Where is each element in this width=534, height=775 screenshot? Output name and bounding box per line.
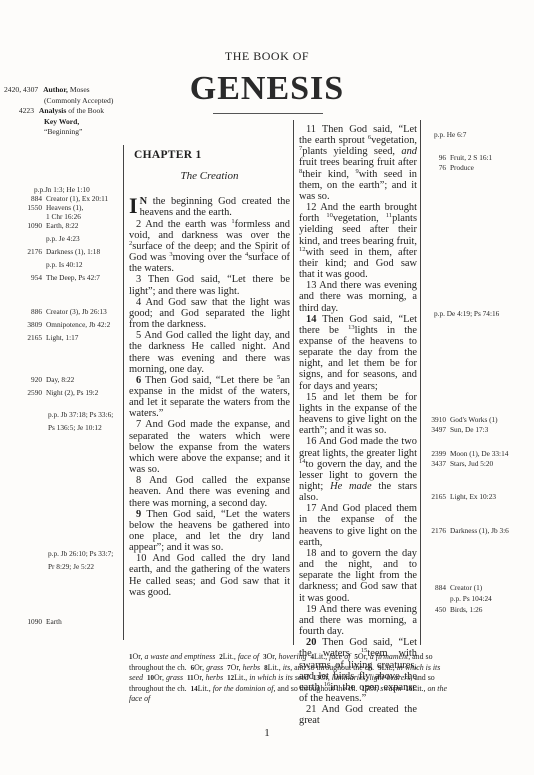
- intro-analysis: 4223 Analysis of the Book: [4, 106, 113, 117]
- left-column-rule: [123, 145, 124, 640]
- footnote-text: Or,: [194, 673, 206, 682]
- intro-keyword: Key Word,: [4, 117, 113, 128]
- footnote-number: 14: [191, 685, 198, 693]
- intro-author: 2420, 4307 Author, Moses: [4, 85, 113, 96]
- margin-note: 3497Sun, De 17:3: [420, 425, 488, 435]
- footnote: 4Lit., face of: [311, 652, 351, 661]
- verse-6: 6 Then God said, “Let there be 5an expan…: [129, 375, 290, 420]
- margin-note: p.p. Jb 37:18; Ps 33:6;: [48, 410, 113, 420]
- verse-text: vegetation,: [333, 213, 386, 224]
- note-text: Stars, Jud 5:20: [450, 459, 493, 468]
- footnote: 15Or, swarm: [361, 684, 401, 693]
- verse-text: 2 And the earth was: [136, 219, 231, 230]
- footnote: 3Or, hovering: [263, 652, 307, 661]
- topic-number: 2420, 4307: [4, 85, 41, 96]
- note-text: Darkness (1), 1:18: [46, 247, 100, 256]
- footnote-text: Or,: [267, 652, 279, 661]
- note-text: Ps 136:5; Je 10:12: [48, 423, 102, 432]
- footnotes: 1Or, a waste and emptiness 2Lit., face o…: [129, 652, 449, 705]
- verse-text: plants yielding seed,: [302, 146, 401, 157]
- drop-cap-rest: N: [140, 196, 148, 207]
- topic-number: 450: [420, 605, 450, 615]
- note-text: p.p. Jb 37:18; Ps 33:6;: [48, 410, 113, 419]
- topic-number: 76: [420, 163, 450, 173]
- page-number: 1: [0, 727, 534, 739]
- book-intro: 2420, 4307 Author, Moses (Commonly Accep…: [4, 85, 113, 138]
- topic-number: 920: [4, 375, 46, 385]
- drop-cap: I: [129, 198, 138, 214]
- margin-note: 954The Deep, Ps 42:7: [4, 273, 100, 283]
- margin-note: 2176Darkness (1), 1:18: [4, 247, 100, 257]
- note-text: Light, Ex 10:23: [450, 492, 496, 501]
- margin-note: 2590Night (2), Ps 19:2: [4, 388, 98, 398]
- verse-2: 2 And the earth was 1formless and void, …: [129, 219, 290, 275]
- book-of-heading: THE BOOK OF: [0, 49, 534, 64]
- topic-number: 96: [420, 153, 450, 163]
- footnote-text: Or,: [133, 652, 145, 661]
- footnote-text: Or,: [154, 673, 166, 682]
- note-text: Sun, De 17:3: [450, 425, 488, 434]
- verse-text: with seed in them, after their kind; and…: [299, 247, 417, 280]
- footnote-number: 13: [313, 674, 320, 682]
- verse-21: 21 And God created the great: [299, 704, 417, 726]
- footnote-text: Or,: [358, 652, 370, 661]
- center-column-rule: [293, 120, 294, 645]
- note-text: p.p. Is 40:12: [46, 260, 83, 269]
- footnote: 10Or, grass: [147, 673, 183, 682]
- footnote-italic: hovering: [279, 652, 307, 661]
- verse-18: 18 and to govern the day and the night, …: [299, 548, 417, 604]
- footnote-italic: face of: [238, 652, 259, 661]
- margin-note: 96Fruit, 2 S 16:1: [420, 153, 492, 163]
- margin-note: p.p. He 6:7: [434, 130, 466, 140]
- margin-note: 920Day, 8:22: [4, 375, 74, 385]
- note-text: p.p. Ps 104:24: [450, 594, 492, 603]
- footnote-italic: grass: [166, 673, 183, 682]
- verse-text: vegetation,: [371, 135, 417, 146]
- note-text: p.p. He 6:7: [434, 130, 466, 139]
- note-text: Heavens (1),: [46, 203, 83, 212]
- intro-label: Analysis: [39, 106, 66, 117]
- margin-note: 76Produce: [420, 163, 474, 173]
- footnote-text: Lit.,: [223, 652, 238, 661]
- margin-note: 2176Darkness (1), Jb 3:6: [420, 526, 509, 536]
- margin-note: p.p. De 4:19; Ps 74:16: [434, 309, 499, 319]
- margin-note: 450Birds, 1:26: [420, 605, 482, 615]
- margin-note: p.p. Jb 26:10; Ps 33:7;: [48, 549, 113, 559]
- topic-number: 884: [420, 583, 450, 593]
- intro-text: (Commonly Accepted): [44, 96, 113, 107]
- verse-10: 10 And God called the dry land earth, an…: [129, 553, 290, 598]
- footnote-italic: a waste and emptiness: [144, 652, 215, 661]
- italic-word: and: [401, 146, 417, 157]
- footnote-text: Or,: [194, 663, 206, 672]
- margin-note: p.p. Ps 104:24: [450, 594, 492, 604]
- topic-number: 2399: [420, 449, 450, 459]
- footnote-text: Lit.,: [234, 673, 249, 682]
- topic-number: 954: [4, 273, 46, 283]
- topic-number: 1550: [4, 203, 46, 213]
- footnote-text: Or,: [320, 673, 332, 682]
- note-text: God's Works (1): [450, 415, 498, 424]
- margin-note: 1090Earth: [4, 617, 62, 627]
- topic-number: 2165: [4, 333, 46, 343]
- footnote: 7Or, herbs: [227, 663, 260, 672]
- note-text: Omnipotence, Jb 42:2: [46, 320, 110, 329]
- verse-text: their kind,: [302, 169, 355, 180]
- verse-11: 11 Then God said, “Let the earth sprout …: [299, 124, 417, 202]
- footnote-text: Or,: [368, 684, 380, 693]
- verse-text: Then God said, “Let there be: [141, 375, 277, 386]
- section-heading: The Creation: [129, 171, 290, 182]
- margin-note: p.p. Je 4:23: [46, 234, 80, 244]
- note-text: Fruit, 2 S 16:1: [450, 153, 492, 162]
- text-column-1: CHAPTER 1 The Creation IN the beginning …: [129, 150, 290, 598]
- margin-note: 2165Light, 1:17: [4, 333, 78, 343]
- note-text: Moon (1), De 33:14: [450, 449, 508, 458]
- verse-13: 13 And there was evening and there was m…: [299, 280, 417, 313]
- margin-note: 886Creator (3), Jb 26:13: [4, 307, 107, 317]
- footnote-text: Lit.,: [314, 652, 329, 661]
- footnote: 14Lit., for the dominion of, and so thro…: [191, 684, 358, 693]
- verse-16: 16 And God made the two great lights, th…: [299, 436, 417, 503]
- verse-8: 8 And God called the expanse heaven. And…: [129, 475, 290, 508]
- footnote-italic: face of: [329, 652, 350, 661]
- intro-text: of the Book: [68, 106, 104, 117]
- text-column-2: 11 Then God said, “Let the earth sprout …: [299, 124, 417, 726]
- verse-7: 7 And God made the expanse, and separate…: [129, 419, 290, 475]
- verse-number: 14: [306, 314, 316, 325]
- footnote-text: , and so throughout the ch.: [290, 663, 374, 672]
- verse-text: the beginning God created the heavens an…: [140, 196, 290, 218]
- note-text: Day, 8:22: [46, 375, 74, 384]
- note-text: Creator (1): [450, 583, 482, 592]
- footnote-number: 11: [187, 674, 194, 682]
- chapter-heading: CHAPTER 1: [134, 150, 290, 161]
- margin-note: 3910God's Works (1): [420, 415, 498, 425]
- footnote-italic: herbs: [243, 663, 261, 672]
- footnote-text: Lit.,: [382, 663, 397, 672]
- topic-number: 3497: [420, 425, 450, 435]
- verse-19: 19 And there was evening and there was m…: [299, 604, 417, 637]
- intro-label: Author,: [43, 85, 68, 96]
- verse-15: 15 and let them be for lights in the exp…: [299, 392, 417, 437]
- topic-number: 2590: [4, 388, 46, 398]
- footnote: 11Or, herbs: [187, 673, 223, 682]
- title-rule: [213, 113, 323, 114]
- note-text: p.p. Jb 26:10; Ps 33:7;: [48, 549, 113, 558]
- verse-3: 3 Then God said, “Let there be light”; a…: [129, 274, 290, 296]
- margin-note: 3809Omnipotence, Jb 42:2: [4, 320, 110, 330]
- verse-14: 14 Then God said, “Let there be 13lights…: [299, 314, 417, 392]
- footnote-italic: a firmament: [370, 652, 408, 661]
- footnote-text: , and so throughout the ch.: [273, 684, 357, 693]
- margin-note: 884Creator (1): [420, 583, 482, 593]
- topic-number: 3910: [420, 415, 450, 425]
- note-text: Pr 8:29; Je 5:22: [48, 562, 94, 571]
- topic-number: 3809: [4, 320, 46, 330]
- note-text: p.p.Jn 1:3; He 1:10: [34, 185, 90, 194]
- note-text: Birds, 1:26: [450, 605, 482, 614]
- note-text: Creator (3), Jb 26:13: [46, 307, 107, 316]
- footnote-italic: luminaries, light-bearers: [332, 673, 411, 682]
- note-text: Darkness (1), Jb 3:6: [450, 526, 509, 535]
- footnote: 2Lit., face of: [219, 652, 259, 661]
- topic-number: 1090: [4, 617, 46, 627]
- footnote-italic: grass: [206, 663, 223, 672]
- note-text: Creator (1), Ex 20:11: [46, 194, 108, 203]
- verse-12: 12 And the earth brought forth 10vegetat…: [299, 202, 417, 280]
- topic-number: 886: [4, 307, 46, 317]
- margin-note: 3437Stars, Jud 5:20: [420, 459, 493, 469]
- footnote-italic: in which is its seed: [249, 673, 309, 682]
- verse-text: Then God said, “Let the waters below the…: [129, 509, 290, 553]
- note-text: p.p. Je 4:23: [46, 234, 80, 243]
- verse-text: 16 And God made the two great lights, th…: [299, 436, 417, 458]
- intro-label: Key Word,: [44, 117, 79, 128]
- intro-text: “Beginning”: [44, 127, 82, 138]
- margin-note: Pr 8:29; Je 5:22: [48, 562, 94, 572]
- margin-note: 2399Moon (1), De 33:14: [420, 449, 508, 459]
- note-text: Earth, 8:22: [46, 221, 78, 230]
- verse-1: IN the beginning God created the heavens…: [129, 196, 290, 218]
- note-text: 1 Chr 16:26: [46, 212, 81, 221]
- note-text: Light, 1:17: [46, 333, 78, 342]
- verse-text: moving over the: [173, 252, 245, 263]
- footnote-text: Lit.,: [412, 684, 427, 693]
- footnote: 12Lit., in which is its seed: [227, 673, 309, 682]
- topic-number: 1090: [4, 221, 46, 231]
- footnote-text: Lit.,: [198, 684, 213, 693]
- footnote-text: Or,: [231, 663, 243, 672]
- margin-note: p.p. Is 40:12: [46, 260, 83, 270]
- topic-number: 4223: [4, 106, 37, 117]
- verse-4: 4 And God saw that the light was good; a…: [129, 297, 290, 330]
- footnote-italic: for the dominion of: [213, 684, 274, 693]
- verse-17: 17 And God placed them in the expanse of…: [299, 503, 417, 548]
- footnote-italic: swarm: [380, 684, 401, 693]
- verse-5: 5 And God called the light day, and the …: [129, 330, 290, 375]
- footnote: 1Or, a waste and emptiness: [129, 652, 215, 661]
- intro-keyword-value: “Beginning”: [4, 127, 113, 138]
- topic-number: 2176: [420, 526, 450, 536]
- margin-note: 1090Earth, 8:22: [4, 221, 78, 231]
- footnote-number: 10: [147, 674, 154, 682]
- footnote-italic: herbs: [206, 673, 224, 682]
- right-column-rule: [420, 120, 421, 645]
- note-text: Night (2), Ps 19:2: [46, 388, 98, 397]
- topic-number: 2176: [4, 247, 46, 257]
- margin-note: 2165Light, Ex 10:23: [420, 492, 496, 502]
- footnote: 6Or, grass: [191, 663, 224, 672]
- footnote-text: Lit.,: [268, 663, 283, 672]
- topic-number: 3437: [420, 459, 450, 469]
- verse-number: 20: [306, 637, 316, 648]
- note-text: Produce: [450, 163, 474, 172]
- intro-author-note: (Commonly Accepted): [4, 96, 113, 107]
- note-text: Earth: [46, 617, 62, 626]
- note-text: The Deep, Ps 42:7: [46, 273, 100, 282]
- verse-9: 9 Then God said, “Let the waters below t…: [129, 509, 290, 554]
- italic-word: He made: [330, 481, 371, 492]
- topic-number: 2165: [420, 492, 450, 502]
- note-text: p.p. De 4:19; Ps 74:16: [434, 309, 499, 318]
- margin-note: Ps 136:5; Je 10:12: [48, 423, 102, 433]
- footnote: 8Lit., its, and so throughout the ch.: [264, 663, 374, 672]
- intro-text: Moses: [70, 85, 90, 96]
